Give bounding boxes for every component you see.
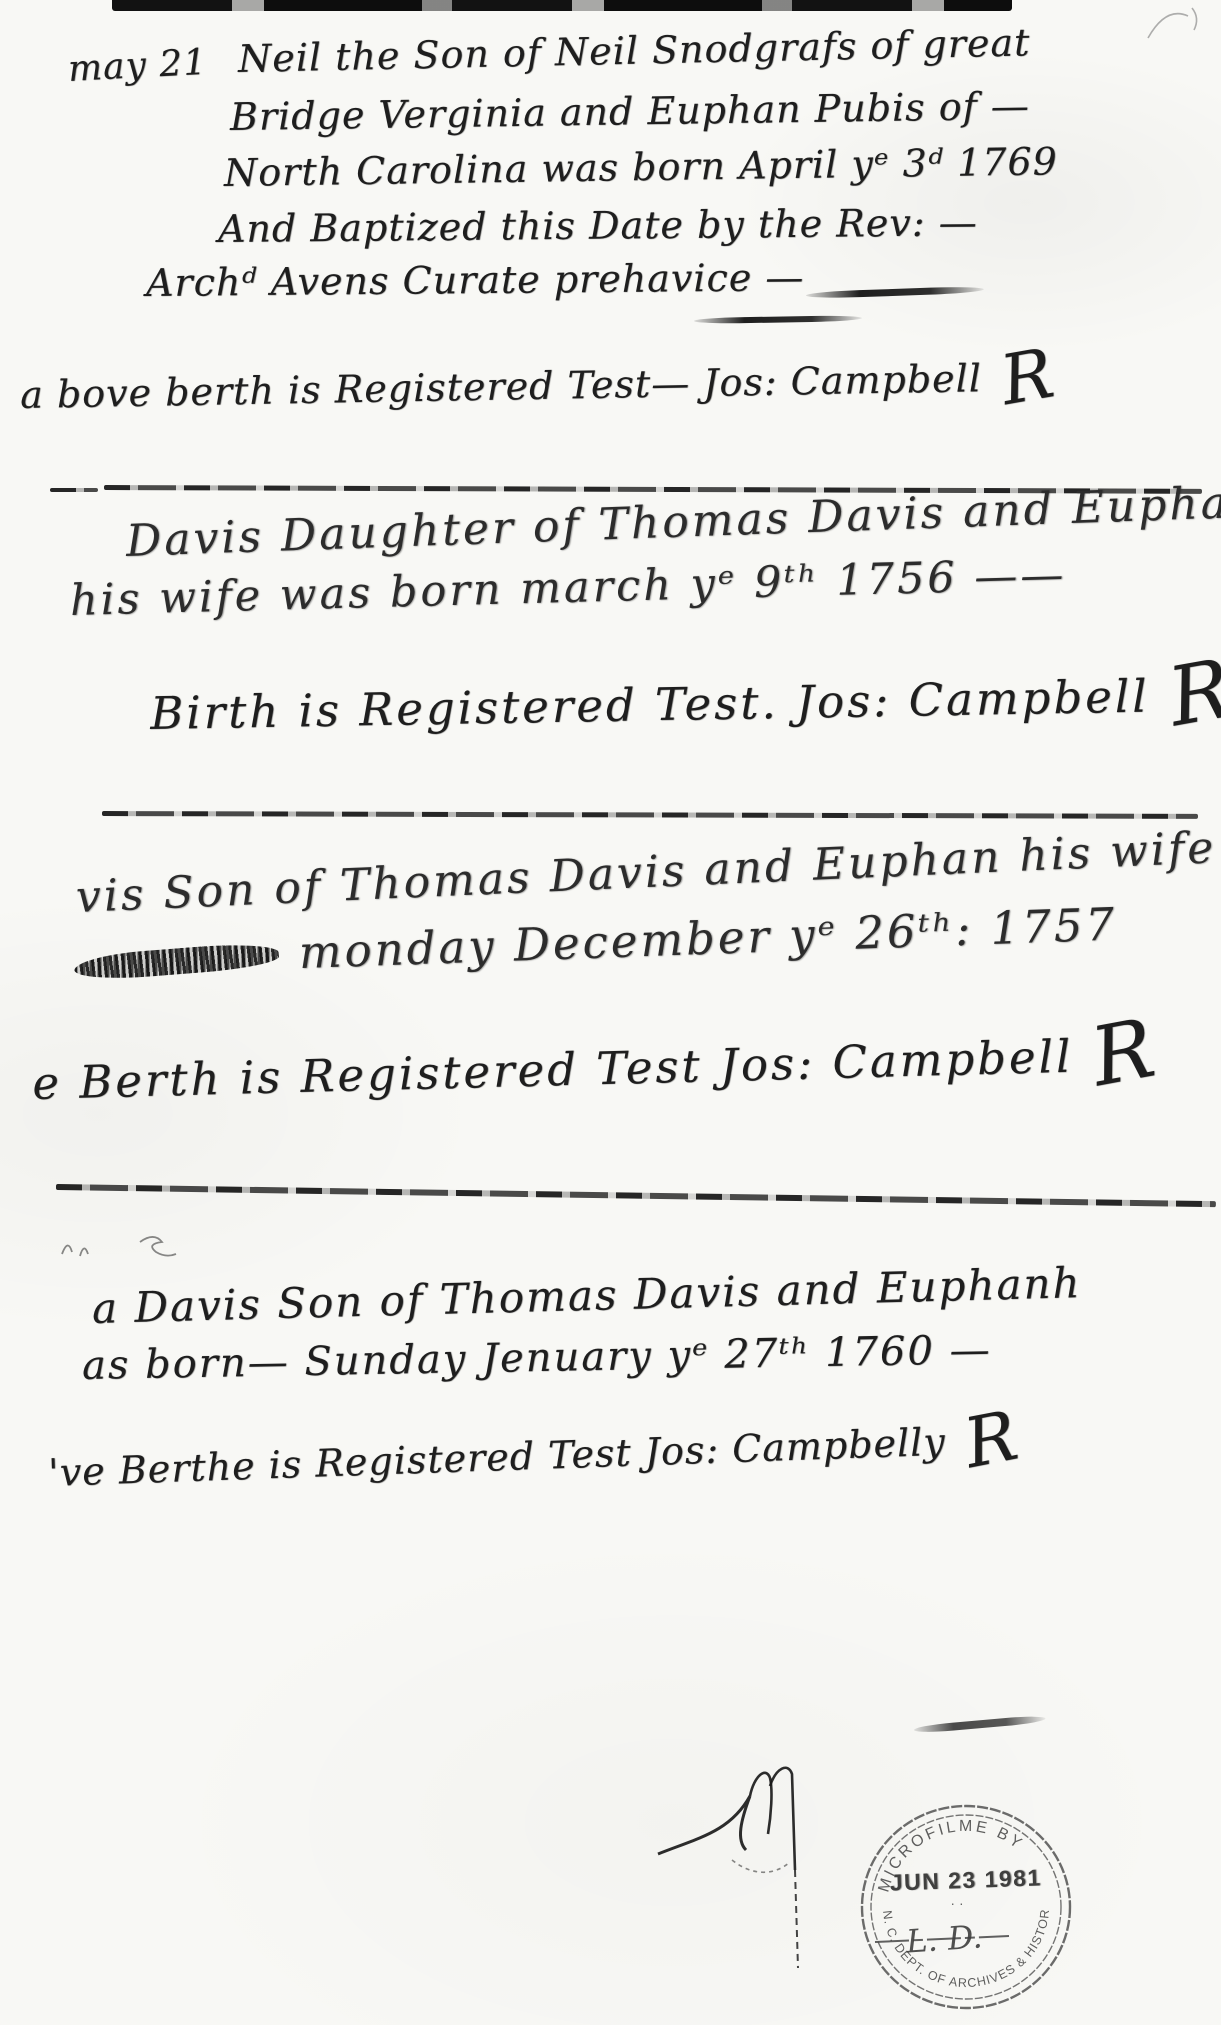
entry-divider-line (102, 811, 1198, 819)
corner-pencil-mark (1130, 0, 1220, 50)
entry1-line5: Archᵈ Avens Curate prehavice — (146, 258, 805, 302)
entry1-line2: Bridge Verginia and Euphan Pubis of — (230, 87, 1030, 136)
attestation-text: e Berth is Registered Test Jos: Campbell (32, 1030, 1074, 1110)
registrar-flourish-mark: R (1163, 649, 1221, 740)
jm-monogram-signature (640, 1720, 860, 1990)
scratched-out-word (73, 940, 279, 982)
entry2-line2: his wife was born march yᵉ 9ᵗʰ 1756 —— (69, 554, 1066, 623)
entry4-line2: as born— Sunday Jenuary yᵉ 27ᵗʰ 1760 — (82, 1330, 992, 1386)
entry1-margin-date: may 21 (67, 45, 208, 88)
scan-edge-artifact (112, 0, 1012, 11)
entry1-line1: Neil the Son of Neil Snodgrafs of great (238, 23, 1031, 78)
entry2-attestation: Birth is Registered Test. Jos: CampbellR (149, 643, 1221, 743)
stamp-inner-ring (871, 1815, 1061, 1999)
stamp-date: JUN 23 1981 (889, 1864, 1042, 1895)
entry1-line4: And Baptized this Date by the Rev: — (218, 203, 978, 248)
attestation-text: 've Berthe is Registered Test Jos: Campb… (48, 1420, 947, 1495)
entry4-line1: a Davis Son of Thomas Davis and Euphanh (91, 1262, 1082, 1330)
ink-smear (694, 315, 862, 324)
scanned-register-page: may 21 Neil the Son of Neil Snodgrafs of… (0, 0, 1221, 2025)
entry3-attestation: e Berth is Registered Test Jos: Campbell… (31, 1003, 1156, 1113)
registrar-flourish-mark: R (1086, 1008, 1164, 1099)
ink-smudge (914, 1715, 1046, 1734)
stamp-initials-signature: L. D. (904, 1917, 984, 1960)
divider-dash (50, 488, 98, 492)
ink-smear (806, 286, 984, 299)
registrar-flourish-mark: R (996, 340, 1060, 416)
entry1-attestation: a bove berth is Registered Test— Jos: Ca… (19, 334, 1052, 420)
marginal-scribble (52, 1228, 212, 1272)
entry3-line2-text: monday December yᵉ 26ᵗʰ: 1757 (298, 898, 1118, 980)
attestation-text: Birth is Registered Test. Jos: Campbell (150, 670, 1150, 740)
stamp-dots: · · (950, 1895, 963, 1911)
registrar-flourish-mark: R (959, 1403, 1024, 1480)
attestation-text: a bove berth is Registered Test— Jos: Ca… (20, 356, 982, 417)
microfilm-stamp: MICROFILME BY N. C. DEPT. OF ARCHIVES & … (845, 1790, 1087, 2025)
entry1-line3: North Carolina was born April yᵉ 3ᵈ 1769 (224, 142, 1058, 192)
entry4-attestation: 've Berthe is Registered Test Jos: Campb… (47, 1396, 1017, 1498)
entry-divider-line (56, 1184, 1216, 1207)
